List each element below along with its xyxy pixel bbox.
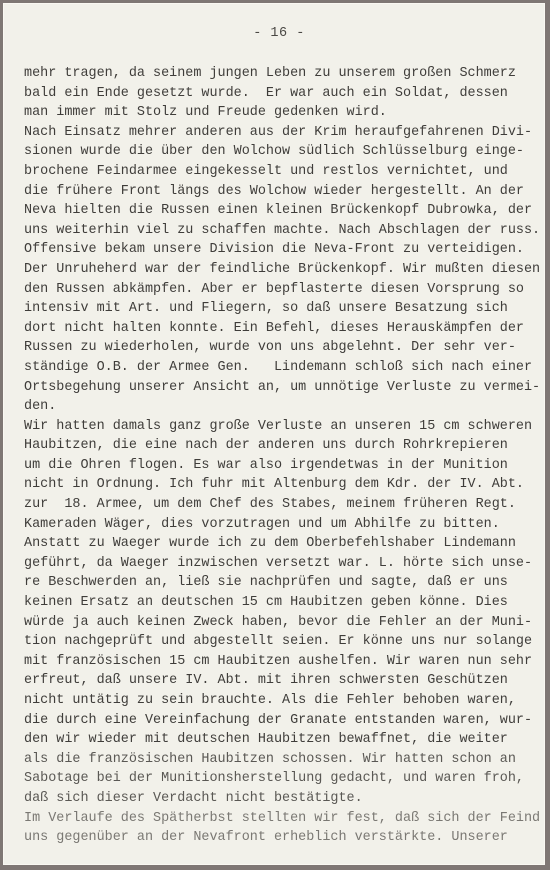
text-line: mehr tragen, da seinem jungen Leben zu u… [24,64,539,84]
text-line: nicht in Ordnung. Ich fuhr mit Altenburg… [24,475,539,495]
text-line: mit französischen 15 cm Haubitzen aushel… [24,652,539,672]
text-line: brochene Feindarmee eingekesselt und res… [24,162,539,182]
text-line: tion nachgeprüft und abgestellt seien. E… [24,632,539,652]
text-line: Kameraden Wäger, dies vorzutragen und um… [24,515,539,535]
text-line: den wir wieder mit deutschen Haubitzen b… [24,730,539,750]
text-line: Russen zu wiederholen, wurde von uns abg… [24,338,539,358]
document-page: - 16 - mehr tragen, da seinem jungen Leb… [3,3,545,865]
text-line: re Beschwerden an, ließ sie nachprüfen u… [24,573,539,593]
text-line: Offensive bekam unsere Division die Neva… [24,240,539,260]
text-line: als die französischen Haubitzen schossen… [24,750,539,770]
text-line: Sabotage bei der Munitionsherstellung ge… [24,769,539,789]
text-line: sionen wurde die über den Wolchow südlic… [24,142,539,162]
text-line: uns gegenüber an der Nevafront erheblich… [24,828,539,848]
text-line: Neva hielten die Russen einen kleinen Br… [24,201,539,221]
text-line: Haubitzen, die eine nach der anderen uns… [24,436,539,456]
text-line: nicht untätig zu sein brauchte. Als die … [24,691,539,711]
page-number: - 16 - [4,26,544,41]
text-line: den. [24,397,539,417]
text-line: dort nicht halten konnte. Ein Befehl, di… [24,319,539,339]
text-line: Nach Einsatz mehrer anderen aus der Krim… [24,123,539,143]
text-line: keinen Ersatz an deutschen 15 cm Haubitz… [24,593,539,613]
text-line: die durch eine Vereinfachung der Granate… [24,711,539,731]
text-line: ständige O.B. der Armee Gen. Lindemann s… [24,358,539,378]
text-line: die frühere Front längs des Wolchow wied… [24,182,539,202]
text-line: würde ja auch keinen Zweck haben, bevor … [24,613,539,633]
text-line: daß sich dieser Verdacht nicht bestätigt… [24,789,539,809]
text-line: den Russen abkämpfen. Aber er bepflaster… [24,280,539,300]
text-line: Wir hatten damals ganz große Verluste an… [24,417,539,437]
text-line: bald ein Ende gesetzt wurde. Er war auch… [24,84,539,104]
text-line: man immer mit Stolz und Freude gedenken … [24,103,539,123]
text-line: Im Verlaufe des Spätherbst stellten wir … [24,809,539,829]
text-line: Anstatt zu Waeger wurde ich zu dem Oberb… [24,534,539,554]
text-line: uns weiterhin viel zu schaffen machte. N… [24,221,539,241]
document-body-text: mehr tragen, da seinem jungen Leben zu u… [24,64,539,848]
text-line: zur 18. Armee, um dem Chef des Stabes, m… [24,495,539,515]
text-line: um die Ohren flogen. Es war also irgende… [24,456,539,476]
text-line: Ortsbegehung unserer Ansicht an, um unnö… [24,378,539,398]
text-line: Der Unruheherd war der feindliche Brücke… [24,260,539,280]
text-line: intensiv mit Art. und Fliegern, so daß u… [24,299,539,319]
text-line: geführt, da Waeger inzwischen versetzt w… [24,554,539,574]
text-line: erfreut, daß unsere IV. Abt. mit ihren s… [24,671,539,691]
